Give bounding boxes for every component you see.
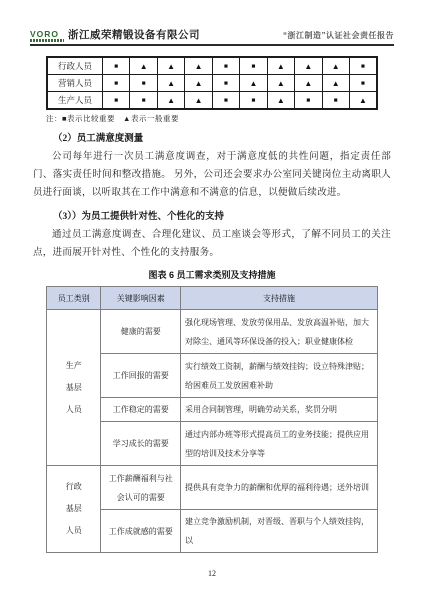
- needs-row: 生产 基层 人员健康的需要强化现场管理、发放劳保用品、发放高温补贴，加大对除尘、…: [47, 310, 378, 354]
- factor-cell: 工作薪酬福利与社会认可的需要: [101, 466, 181, 510]
- logo-subtext-strip: [30, 39, 64, 42]
- needs-header-cell: 支持措施: [181, 287, 378, 310]
- important-marker: ■: [322, 92, 349, 110]
- page-header: VORO 浙江威荣精锻设备有限公司 “浙江制造”认证社会责任报告: [30, 20, 394, 46]
- needs-table: 员工类别关键影响因素支持措施 生产 基层 人员健康的需要强化现场管理、发放劳保用…: [46, 286, 378, 553]
- measure-cell: 强化现场管理、发放劳保用品、发放高温补贴，加大对除尘、通风等环保设备的投入；职业…: [181, 310, 378, 354]
- factor-cell: 学习成长的需要: [101, 422, 181, 466]
- general-marker: ▲: [130, 57, 157, 75]
- paragraph-satisfaction: 公司每年进行一次员工满意度调查，对于满意度低的共性问题，指定责任部门、落实责任时…: [33, 148, 391, 202]
- importance-table: 行政人员■▲▲▲■■▲▲▲■营销人员■■▲▲■▲▲▲▲■生产人员■■▲▲■■▲■…: [46, 56, 378, 110]
- general-marker: ▲: [185, 75, 212, 92]
- general-marker: ▲: [157, 57, 184, 75]
- measure-cell: 提供具有竞争力的薪酬和优厚的福利待遇；送外培训: [181, 466, 378, 510]
- header-left: VORO 浙江威荣精锻设备有限公司: [30, 27, 200, 42]
- general-marker: ▲: [322, 57, 349, 75]
- important-marker: ■: [103, 92, 130, 110]
- general-marker: ▲: [157, 92, 184, 110]
- logo-text: VORO: [30, 30, 59, 39]
- important-marker: ■: [295, 92, 322, 110]
- important-marker: ■: [130, 75, 157, 92]
- important-marker: ■: [212, 92, 239, 110]
- general-marker: ▲: [185, 92, 212, 110]
- general-marker: ▲: [267, 57, 294, 75]
- voro-logo: VORO: [30, 30, 64, 43]
- important-marker: ■: [103, 57, 130, 75]
- measure-cell: 实行绩效工资制，薪酬与绩效挂钩；设立特殊津贴；给困难员工发放困难补助: [181, 354, 378, 398]
- general-marker: ▲: [295, 75, 322, 92]
- important-marker: ■: [349, 57, 377, 75]
- measure-cell: 建立竞争激励机制，对晋级、晋职与个人绩效挂钩，以: [181, 510, 378, 553]
- category-cell: 生产 基层 人员: [47, 310, 101, 466]
- heading-satisfaction-measure: （2）员工满意度测量: [34, 130, 390, 144]
- needs-header-cell: 员工类别: [47, 287, 101, 310]
- table-caption: 图表 6 员工需求类别及支持措施: [0, 268, 424, 281]
- needs-row: 行政 基层 人员工作薪酬福利与社会认可的需要提供具有竞争力的薪酬和优厚的福利待遇…: [47, 466, 378, 510]
- needs-table-body: 生产 基层 人员健康的需要强化现场管理、发放劳保用品、发放高温补贴，加大对除尘、…: [47, 310, 378, 553]
- measure-cell: 通过内部办班等形式提高员工的业务技能；提供应用型的培训及技术分享等: [181, 422, 378, 466]
- general-marker: ▲: [267, 92, 294, 110]
- legend-note: 注：■表示比较重要 ▲表示一般重要: [46, 113, 378, 124]
- report-title: “浙江制造”认证社会责任报告: [283, 30, 394, 42]
- important-marker: ■: [212, 75, 239, 92]
- important-marker: ■: [103, 75, 130, 92]
- paragraph-support: 通过员工满意度调查、合理化建议、员工座谈会等形式，了解不同员工的关注点，进而展开…: [33, 226, 391, 262]
- factor-cell: 工作稳定的需要: [101, 398, 181, 422]
- important-marker: ■: [212, 57, 239, 75]
- factor-cell: 工作成就感的需要: [101, 510, 181, 553]
- important-marker: ■: [240, 57, 267, 75]
- general-marker: ▲: [322, 75, 349, 92]
- importance-row: 生产人员■■▲▲■■▲■■▲: [47, 92, 377, 110]
- importance-row: 行政人员■▲▲▲■■▲▲▲■: [47, 57, 377, 75]
- important-marker: ■: [240, 92, 267, 110]
- general-marker: ▲: [185, 57, 212, 75]
- employee-group-label: 生产人员: [47, 92, 103, 110]
- category-cell: 行政 基层 人员: [47, 466, 101, 553]
- important-marker: ■: [130, 92, 157, 110]
- important-marker: ■: [349, 75, 377, 92]
- general-marker: ▲: [349, 92, 377, 110]
- employee-group-label: 营销人员: [47, 75, 103, 92]
- general-marker: ▲: [240, 75, 267, 92]
- needs-header-cell: 关键影响因素: [101, 287, 181, 310]
- measure-cell: 采用合同制管理，明确劳动关系，奖罚分明: [181, 398, 378, 422]
- company-name: 浙江威荣精锻设备有限公司: [68, 27, 200, 42]
- heading-personalized-support: （3））为员工提供针对性、个性化的支持: [34, 208, 390, 222]
- general-marker: ▲: [295, 57, 322, 75]
- employee-group-label: 行政人员: [47, 57, 103, 75]
- document-page: VORO 浙江威荣精锻设备有限公司 “浙江制造”认证社会责任报告 行政人员■▲▲…: [0, 0, 424, 600]
- factor-cell: 工作回报的需要: [101, 354, 181, 398]
- general-marker: ▲: [157, 75, 184, 92]
- page-number: 12: [0, 569, 424, 578]
- general-marker: ▲: [267, 75, 294, 92]
- factor-cell: 健康的需要: [101, 310, 181, 354]
- importance-table-body: 行政人员■▲▲▲■■▲▲▲■营销人员■■▲▲■▲▲▲▲■生产人员■■▲▲■■▲■…: [47, 57, 377, 109]
- importance-row: 营销人员■■▲▲■▲▲▲▲■: [47, 75, 377, 92]
- needs-table-header-row: 员工类别关键影响因素支持措施: [47, 287, 378, 310]
